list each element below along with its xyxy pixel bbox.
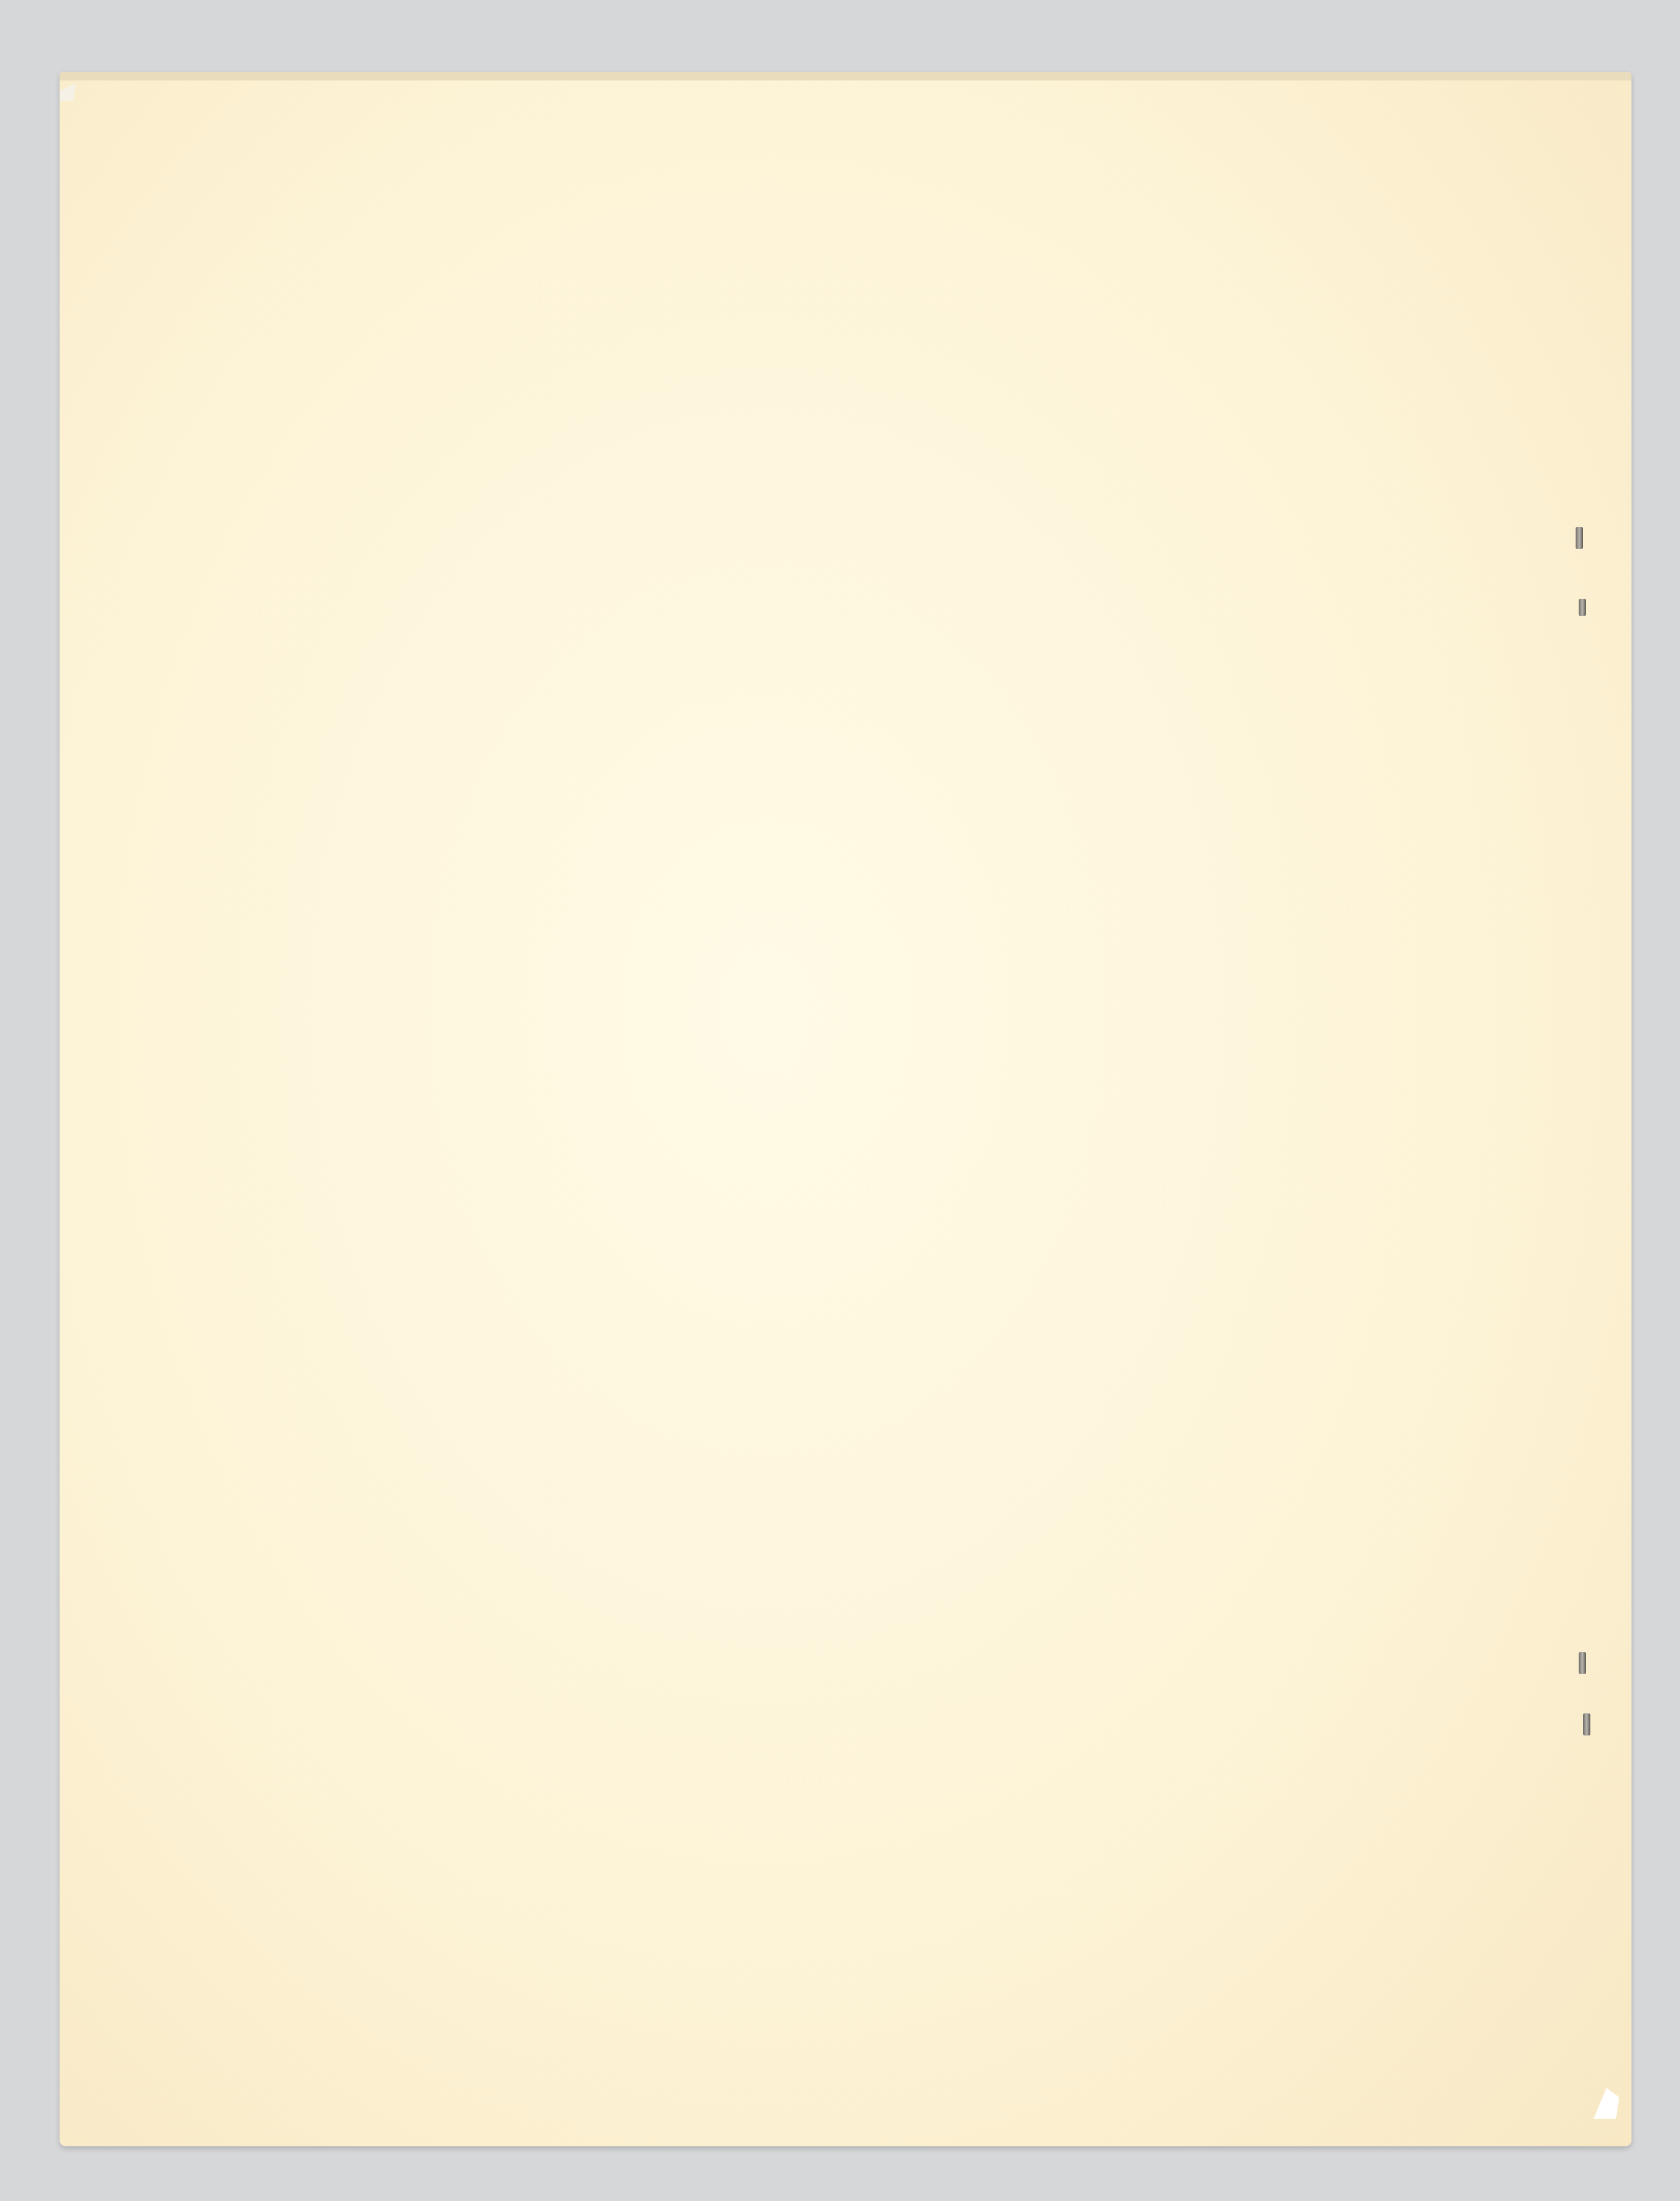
staple-mark	[1583, 1713, 1590, 1735]
paper-page	[60, 72, 1631, 2146]
staple-mark	[1576, 527, 1583, 549]
staple-mark	[1579, 599, 1586, 616]
staple-mark	[1579, 1652, 1586, 1674]
